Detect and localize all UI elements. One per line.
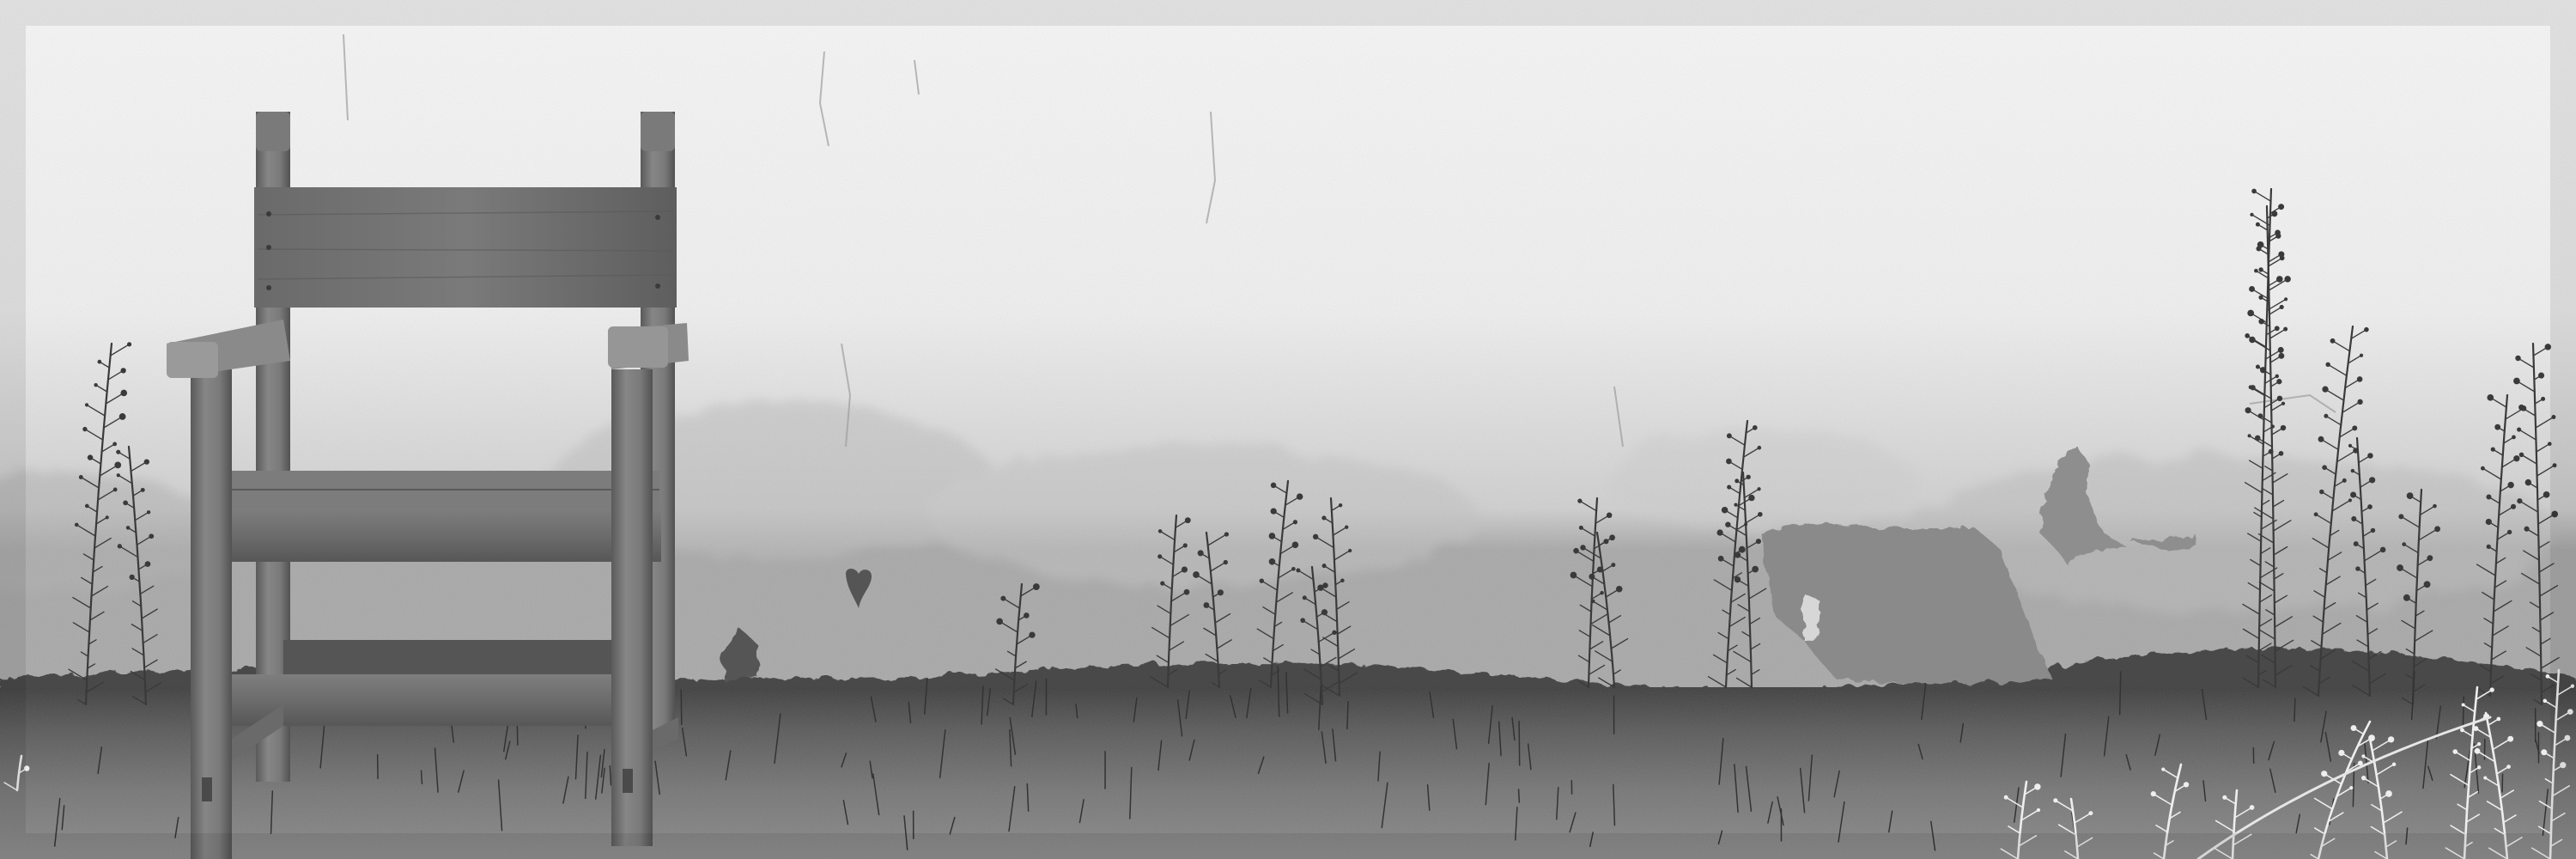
chair-front-rail	[191, 509, 661, 562]
photo-scene: Weathered wooden chair against a whitewa…	[0, 0, 2576, 859]
wall	[0, 0, 2576, 687]
photograph	[0, 0, 2576, 859]
chair-seat	[230, 471, 659, 512]
chair-backrest	[254, 187, 677, 308]
